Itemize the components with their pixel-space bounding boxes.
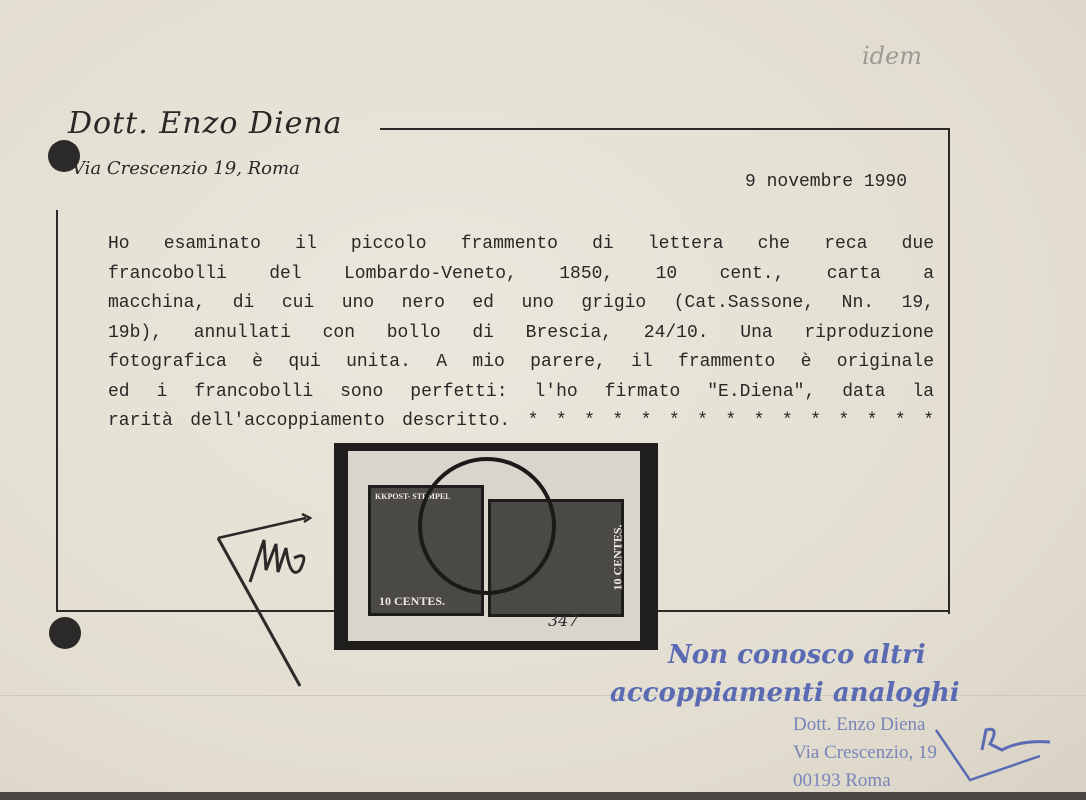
rubber-stamp-name: Dott. Enzo Diena [793,714,925,736]
body-line: rarità dell'accoppiamento descritto. * *… [108,407,934,437]
stamp-value-text: 10 CENTES. [610,524,625,590]
letter-fragment: KKPOST- STEMPEL 10 CENTES. 10 CENTES. 34… [348,451,640,641]
stamp-value-text: 10 CENTES. [379,594,445,609]
letterhead-name: Dott. Enzo Diena [68,106,343,141]
punch-hole-icon [49,617,81,649]
signature-icon [210,510,350,690]
body-line: francobolli del Lombardo-Veneto, 1850, 1… [108,260,934,290]
stamp-photograph: KKPOST- STEMPEL 10 CENTES. 10 CENTES. 34… [334,443,658,650]
blue-signature-icon [930,720,1070,800]
frame-right-rule [948,128,950,614]
paper-bottom-edge [0,792,1086,800]
letterhead-address: Via Crescenzio 19, Roma [72,158,300,179]
handwritten-note-line1: Non conosco altri [668,640,926,670]
body-line: Ho esaminato il piccolo frammento di let… [108,230,934,260]
frame-left-rule [56,210,58,612]
handwritten-note-line2: accoppiamenti analoghi [610,678,960,708]
pencil-number: 347 [548,611,579,630]
body-line: ed i francobolli sono perfetti: l'ho fir… [108,378,934,408]
certificate-date: 9 novembre 1990 [745,172,907,192]
body-line: 19b), annullati con bollo di Brescia, 24… [108,319,934,349]
pencil-annotation: idem [862,42,922,70]
rubber-stamp-city: 00193 Roma [793,770,891,792]
certificate-body: Ho esaminato il piccolo frammento di let… [108,230,934,437]
body-line: fotografica è qui unita. A mio parere, i… [108,348,934,378]
postmark-circle-icon [418,457,556,595]
body-line: macchina, di cui uno nero ed uno grigio … [108,289,934,319]
rubber-stamp-address: Via Crescenzio, 19 [793,742,937,764]
frame-top-rule [380,128,950,130]
